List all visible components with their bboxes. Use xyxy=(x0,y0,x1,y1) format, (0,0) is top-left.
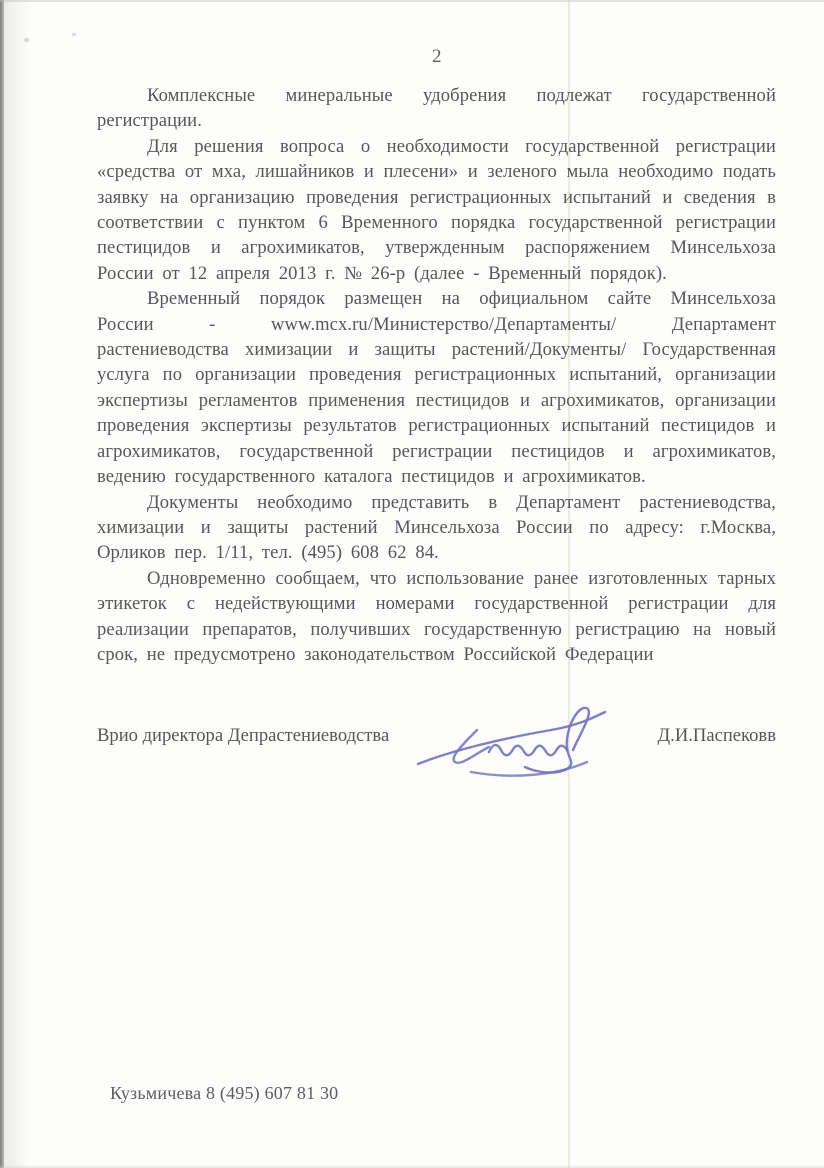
body-paragraph: Для решения вопроса о необходимости госу… xyxy=(97,134,776,286)
signature-ink xyxy=(415,700,629,786)
signature-block: Врио директора Депрастениеводства Д.И.Па… xyxy=(97,724,776,748)
scan-edge-top xyxy=(0,0,824,2)
footer-contact: Кузьмичева 8 (495) 607 81 30 xyxy=(110,1083,338,1104)
body-paragraph: Комплексные минеральные удобрения подлеж… xyxy=(97,83,776,134)
scan-edge-left-shadow xyxy=(4,0,30,1168)
body-paragraph: Документы необходимо представить в Депар… xyxy=(97,490,776,566)
signature-position-label: Врио директора Депрастениеводства xyxy=(97,724,389,748)
body-paragraph: Временный порядок размещен на официально… xyxy=(97,286,776,489)
body-paragraph: Одновременно сообщаем, что использование… xyxy=(97,566,776,668)
dust-speck xyxy=(24,38,29,42)
document-body: Комплексные минеральные удобрения подлеж… xyxy=(97,83,776,667)
signature-name: Д.И.Паспековв xyxy=(658,724,777,748)
page-number: 2 xyxy=(0,46,824,68)
dust-speck xyxy=(72,33,76,36)
scanned-letter-page: 2 Комплексные минеральные удобрения подл… xyxy=(0,0,824,1168)
